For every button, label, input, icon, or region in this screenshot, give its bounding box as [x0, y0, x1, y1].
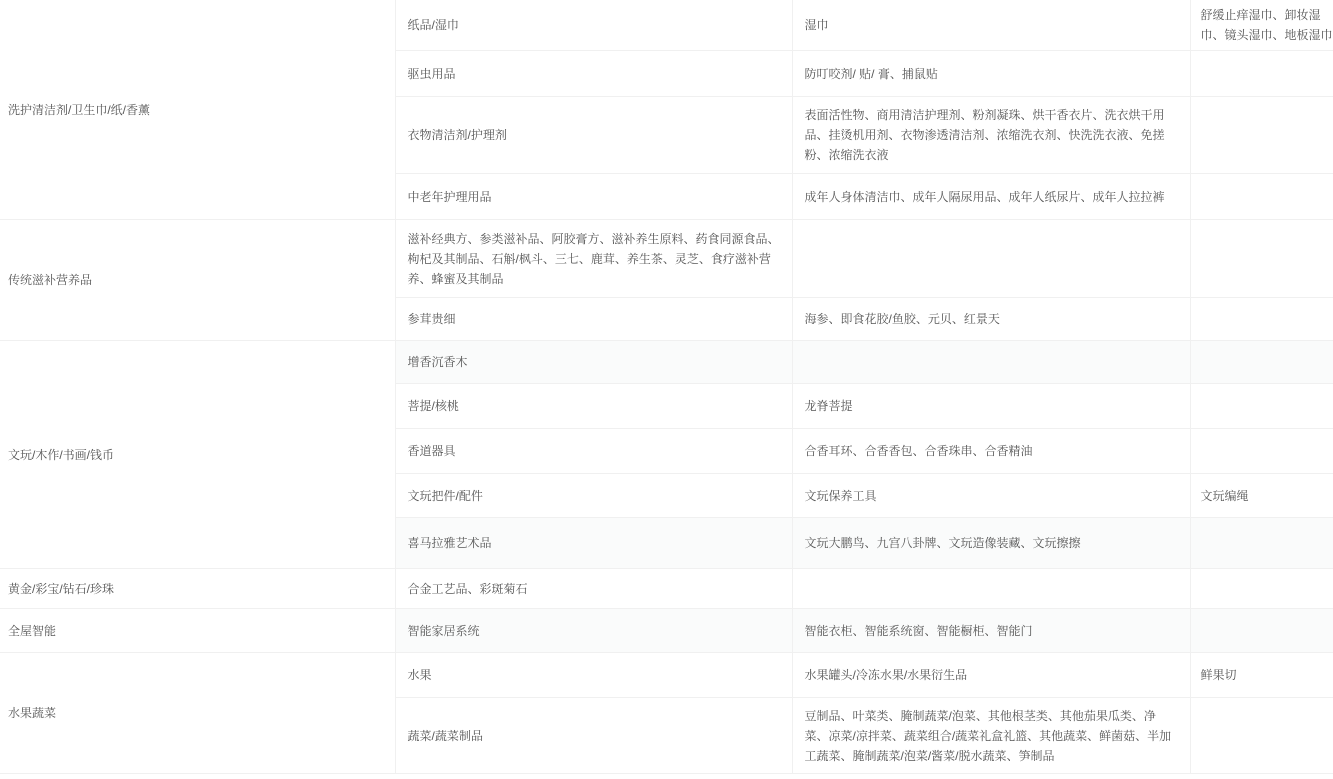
items-cell: 成年人身体清洁巾、成年人隔尿用品、成年人纸尿片、成年人拉拉裤 — [792, 174, 1190, 220]
extra-items-cell — [1190, 341, 1333, 384]
category-table: 洗护清洁剂/卫生巾/纸/香薰 纸品/湿巾 湿巾 舒缓止痒湿巾、卸妆湿巾、镜头湿巾… — [0, 0, 1333, 774]
subcategory-cell: 中老年护理用品 — [395, 174, 792, 220]
extra-items-cell: 文玩编绳 — [1190, 474, 1333, 518]
category-cell: 洗护清洁剂/卫生巾/纸/香薰 — [0, 0, 395, 220]
subcategory-cell: 滋补经典方、参类滋补品、阿胶膏方、滋补养生原料、药食同源食品、枸杞及其制品、石斛… — [395, 220, 792, 298]
table-row: 黄金/彩宝/钻石/珍珠 合金工艺品、彩斑菊石 — [0, 569, 1333, 609]
extra-items-cell — [1190, 698, 1333, 774]
subcategory-cell: 文玩把件/配件 — [395, 474, 792, 518]
category-cell: 文玩/木作/书画/钱币 — [0, 341, 395, 569]
category-cell: 传统滋补营养品 — [0, 220, 395, 341]
subcategory-cell: 喜马拉雅艺术品 — [395, 518, 792, 569]
subcategory-cell: 参茸贵细 — [395, 298, 792, 341]
category-cell: 全屋智能 — [0, 609, 395, 653]
items-cell — [792, 569, 1190, 609]
items-cell: 智能衣柜、智能系统窗、智能橱柜、智能门 — [792, 609, 1190, 653]
extra-items-cell — [1190, 51, 1333, 97]
extra-items-cell — [1190, 609, 1333, 653]
subcategory-cell: 驱虫用品 — [395, 51, 792, 97]
subcategory-cell: 菩提/核桃 — [395, 384, 792, 429]
items-cell: 湿巾 — [792, 0, 1190, 51]
extra-items-cell — [1190, 174, 1333, 220]
extra-items-cell — [1190, 569, 1333, 609]
subcategory-cell: 香道器具 — [395, 429, 792, 474]
subcategory-cell: 智能家居系统 — [395, 609, 792, 653]
category-cell: 水果蔬菜 — [0, 653, 395, 774]
items-cell: 合香耳环、合香香包、合香珠串、合香精油 — [792, 429, 1190, 474]
items-cell: 文玩大鹏鸟、九宫八卦牌、文玩造像装藏、文玩擦擦 — [792, 518, 1190, 569]
items-cell: 水果罐头/冷冻水果/水果衍生品 — [792, 653, 1190, 698]
subcategory-cell: 合金工艺品、彩斑菊石 — [395, 569, 792, 609]
subcategory-cell: 水果 — [395, 653, 792, 698]
extra-items-cell — [1190, 429, 1333, 474]
items-cell: 海参、即食花胶/鱼胶、元贝、红景天 — [792, 298, 1190, 341]
items-cell — [792, 341, 1190, 384]
items-cell: 豆制品、叶菜类、腌制蔬菜/泡菜、其他根茎类、其他茄果瓜类、净菜、凉菜/凉拌菜、蔬… — [792, 698, 1190, 774]
table-row: 洗护清洁剂/卫生巾/纸/香薰 纸品/湿巾 湿巾 舒缓止痒湿巾、卸妆湿巾、镜头湿巾… — [0, 0, 1333, 51]
category-cell: 黄金/彩宝/钻石/珍珠 — [0, 569, 395, 609]
table-row: 传统滋补营养品 滋补经典方、参类滋补品、阿胶膏方、滋补养生原料、药食同源食品、枸… — [0, 220, 1333, 298]
subcategory-cell: 纸品/湿巾 — [395, 0, 792, 51]
items-cell: 表面活性物、商用清洁护理剂、粉剂凝珠、烘干香衣片、洗衣烘干用品、挂烫机用剂、衣物… — [792, 97, 1190, 174]
table-row: 水果蔬菜 水果 水果罐头/冷冻水果/水果衍生品 鲜果切 — [0, 653, 1333, 698]
table-row: 全屋智能 智能家居系统 智能衣柜、智能系统窗、智能橱柜、智能门 — [0, 609, 1333, 653]
items-cell: 防叮咬剂/ 贴/ 膏、捕鼠贴 — [792, 51, 1190, 97]
subcategory-cell: 衣物清洁剂/护理剂 — [395, 97, 792, 174]
items-cell — [792, 220, 1190, 298]
extra-items-cell — [1190, 384, 1333, 429]
extra-items-cell: 舒缓止痒湿巾、卸妆湿巾、镜头湿巾、地板湿巾 — [1190, 0, 1333, 51]
subcategory-cell: 蔬菜/蔬菜制品 — [395, 698, 792, 774]
extra-items-cell: 鲜果切 — [1190, 653, 1333, 698]
extra-items-cell — [1190, 220, 1333, 298]
items-cell: 文玩保养工具 — [792, 474, 1190, 518]
items-cell: 龙脊菩提 — [792, 384, 1190, 429]
extra-items-cell — [1190, 518, 1333, 569]
extra-items-cell — [1190, 97, 1333, 174]
subcategory-cell: 增香沉香木 — [395, 341, 792, 384]
extra-items-cell — [1190, 298, 1333, 341]
table-row: 文玩/木作/书画/钱币 增香沉香木 — [0, 341, 1333, 384]
